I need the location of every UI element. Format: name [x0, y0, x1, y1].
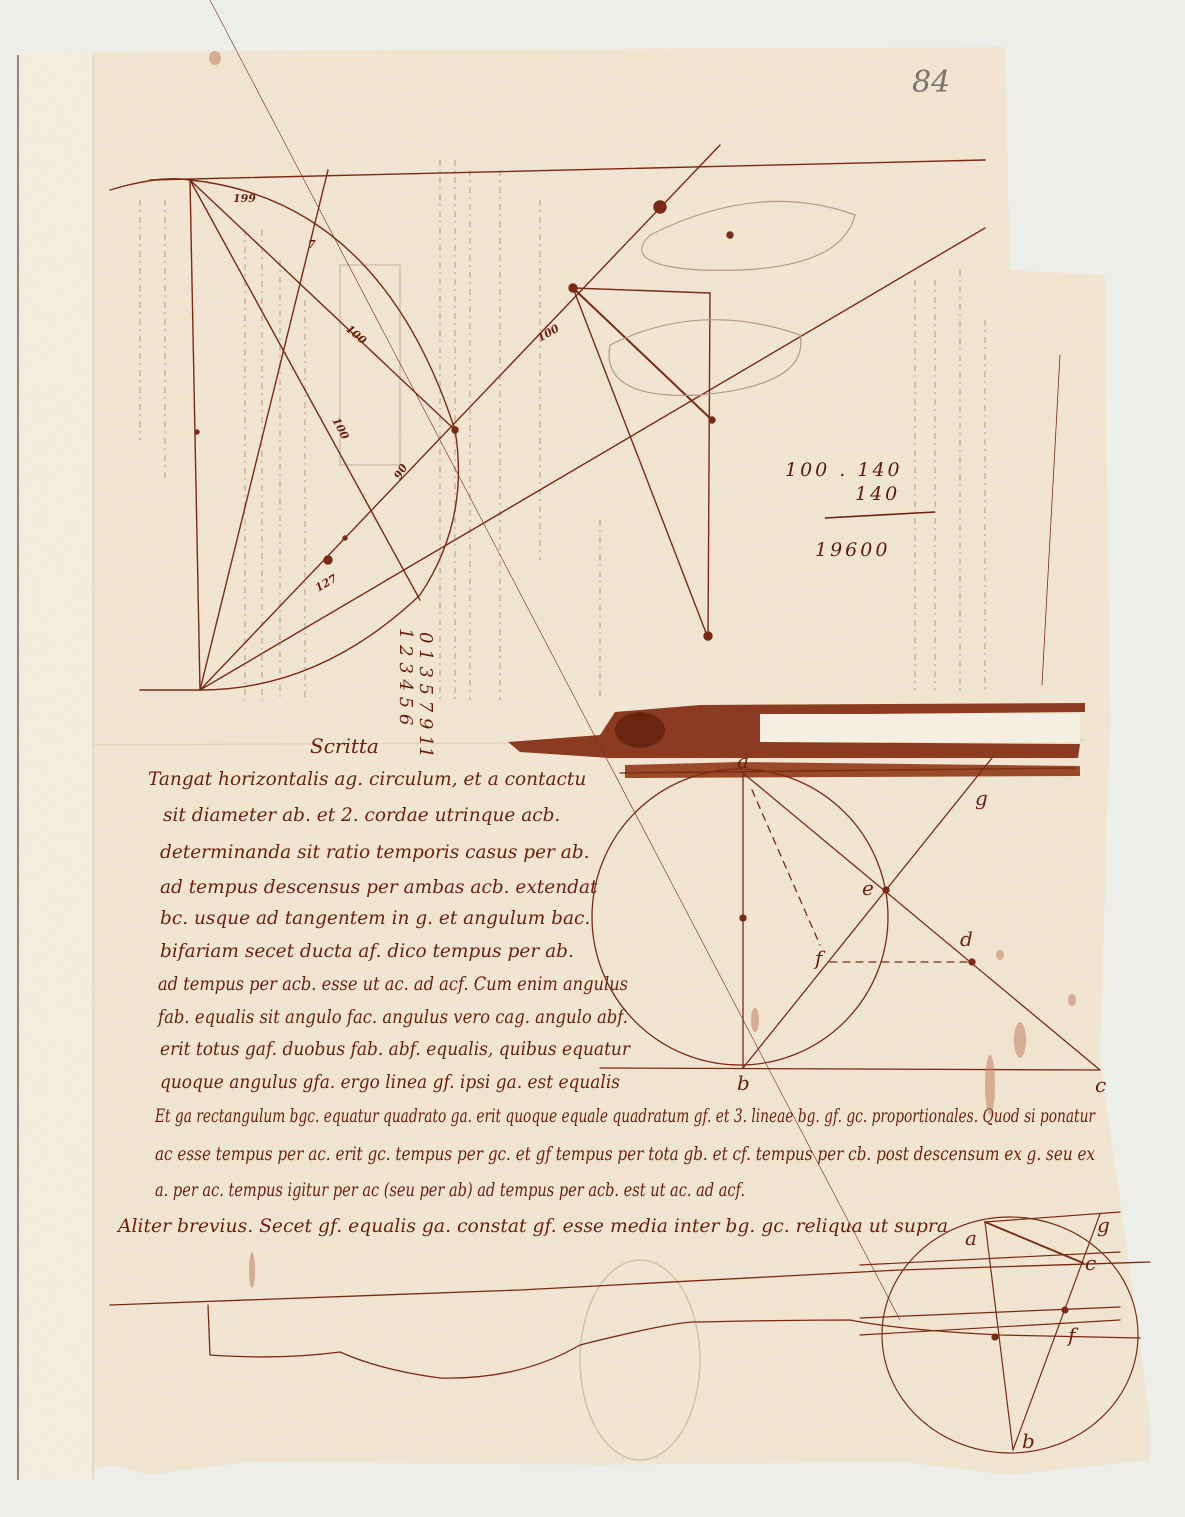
svg-text:100 . 140: 100 . 140 [785, 459, 903, 481]
svg-text:c: c [1085, 1251, 1096, 1275]
svg-text:quoque angulus gfa. ergo linea: quoque angulus gfa. ergo linea gf. ipsi … [160, 1072, 620, 1093]
svg-text:e: e [862, 876, 874, 900]
svg-text:b: b [737, 1071, 750, 1095]
svg-text:determinanda sit ratio tempori: determinanda sit ratio temporis casus pe… [160, 842, 590, 863]
svg-text:c: c [1095, 1073, 1106, 1097]
svg-text:7: 7 [308, 238, 316, 251]
svg-text:ad tempus descensus per ambas: ad tempus descensus per ambas acb. exten… [160, 877, 598, 898]
svg-text:g: g [1097, 1213, 1110, 1237]
svg-text:a: a [737, 749, 749, 773]
svg-text:bc. usque ad tangentem in g. e: bc. usque ad tangentem in g. et angulum … [160, 908, 590, 929]
paper-sheet [18, 47, 1150, 1480]
svg-text:ad tempus per acb. esse ut ac.: ad tempus per acb. esse ut ac. ad acf. C… [158, 974, 628, 995]
svg-text:Tangat horizontalis ag. circul: Tangat horizontalis ag. circulum, et a c… [148, 769, 586, 790]
svg-text:sit diameter ab. et 2. cordae: sit diameter ab. et 2. cordae utrinque a… [163, 805, 560, 826]
svg-text:b: b [1022, 1429, 1035, 1453]
svg-text:ac esse tempus per ac. erit gc: ac esse tempus per ac. erit gc. tempus p… [155, 1144, 1095, 1165]
svg-text:140: 140 [855, 483, 900, 505]
svg-text:erit totus gaf. duobus fab. ab: erit totus gaf. duobus fab. abf. equalis… [160, 1039, 631, 1060]
svg-text:fab. equalis sit angulo fac. a: fab. equalis sit angulo fac. angulus ver… [156, 1007, 628, 1028]
svg-text:g: g [975, 786, 988, 810]
svg-text:Et ga rectangulum bgc. equatur: Et ga rectangulum bgc. equatur quadrato … [154, 1106, 1096, 1127]
manuscript-page: 84 [0, 0, 1185, 1517]
heading-scritta: Scritta [310, 734, 379, 758]
svg-text:a: a [965, 1226, 977, 1250]
svg-text:0 1 3 5 7 9 11: 0 1 3 5 7 9 11 [415, 632, 436, 758]
svg-text:a. per ac. tempus igitur per a: a. per ac. tempus igitur per ac (seu per… [155, 1180, 745, 1201]
folio-number: 84 [912, 65, 950, 100]
svg-text:Aliter brevius. Secet gf. equa: Aliter brevius. Secet gf. equalis ga. co… [116, 1216, 948, 1237]
svg-text:1 2 3 4 5 6: 1 2 3 4 5 6 [395, 628, 416, 725]
svg-text:199: 199 [233, 192, 256, 205]
svg-text:d: d [960, 927, 973, 951]
svg-text:19600: 19600 [815, 539, 890, 561]
svg-text:bifariam secet ducta af. dico: bifariam secet ducta af. dico tempus per… [160, 941, 574, 962]
